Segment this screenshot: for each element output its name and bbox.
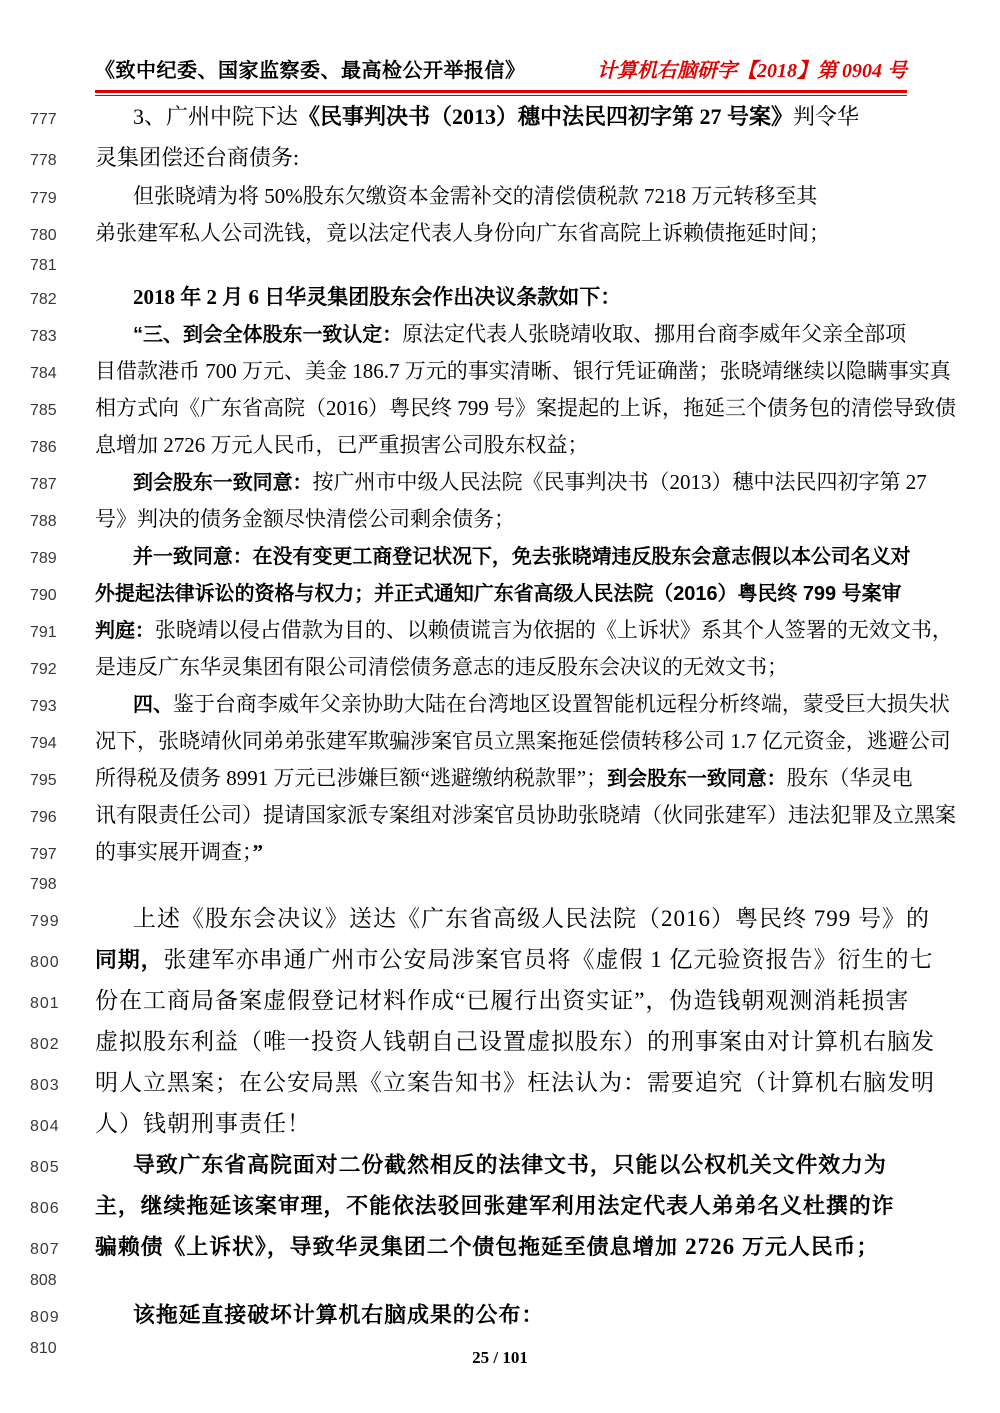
document-line: 778灵集团偿还台商债务:: [0, 137, 1000, 178]
text-run: 骗赖债《上诉状》，导致华灵集团二个债包拖延至债息增加: [95, 1234, 685, 1259]
line-number: 787: [0, 466, 95, 503]
line-number: 783: [0, 318, 95, 355]
document-body: 7773、广州中院下达《民事判决书（2013）穗中法民四初字第 27 号案》判令…: [0, 96, 1000, 1362]
text-run: 《民事判决书（2013）穗中法民四初字第 27 号案》: [298, 104, 793, 129]
line-number: 785: [0, 392, 95, 429]
document-line: 781: [0, 252, 1000, 279]
text-run: 并一致同意：在没有变更工商登记状况下，免去张晓靖违反股东会意志假以本公司名义对: [133, 546, 911, 568]
line-number: 793: [0, 688, 95, 725]
text-run: 明人立黑案；在公安局黑《立案告知书》枉法认为：需要追究（计算机右脑发明: [95, 1070, 935, 1095]
line-text: 并一致同意：在没有变更工商登记状况下，免去张晓靖违反股东会意志假以本公司名义对: [95, 538, 1000, 576]
text-run: “三、到会全体股东一致认定：: [133, 324, 402, 346]
line-text: 但张晓靖为将 50%股东欠缴资本金需补交的清偿债税款 7218 万元转移至其: [95, 178, 1000, 215]
document-line: 779但张晓靖为将 50%股东欠缴资本金需补交的清偿债税款 7218 万元转移至…: [0, 178, 1000, 215]
document-line: 784目借款港币 700 万元、美金 186.7 万元的事实清晰、银行凭证确凿；…: [0, 353, 1000, 390]
document-line: 787到会股东一致同意：按广州市中级人民法院《民事判决书（2013）穗中法民四初…: [0, 464, 1000, 501]
line-text: 况下，张晓靖伙同弟弟张建军欺骗涉案官员立黑案拖延偿债转移公司 1.7 亿元资金，…: [95, 723, 1000, 760]
document-line: 798: [0, 871, 1000, 898]
line-number: 794: [0, 725, 95, 762]
text-run: 人）钱朝刑事责任！: [95, 1111, 311, 1136]
document-line: 803明人立黑案；在公安局黑《立案告知书》枉法认为：需要追究（计算机右脑发明: [0, 1062, 1000, 1103]
line-number: 784: [0, 355, 95, 392]
text-run: 主，继续拖延该案审理，不能依法驳回张建军利用法定代表人弟弟名义杜撰的诈: [95, 1193, 895, 1218]
text-run: 灵集团偿还台商债务:: [95, 145, 299, 170]
line-text: 相方式向《广东省高院（2016）粤民终 799 号》案提起的上诉，拖延三个债务包…: [95, 390, 1000, 427]
line-text: 同期，张建军亦串通广州市公安局涉案官员将《虚假 1 亿元验资报告》衍生的七: [95, 939, 1000, 980]
text-run: 四、: [133, 694, 173, 716]
text-run: 讯有限责任公司）提请国家派专案组对涉案官员协助张晓靖（伙同张建军）违法犯罪及立黑…: [95, 803, 956, 827]
page-header: 《致中纪委、国家监察委、最高检公开举报信》 计算机右脑研字【2018】第 090…: [95, 54, 907, 93]
document-line: 800同期，张建军亦串通广州市公安局涉案官员将《虚假 1 亿元验资报告》衍生的七: [0, 939, 1000, 980]
line-number: 788: [0, 503, 95, 540]
line-text: 是违反广东华灵集团有限公司清偿债务意志的违反股东会决议的无效文书；: [95, 649, 1000, 686]
document-line: 790外提起法律诉讼的资格与权力；并正式通知广东省高级人民法院（2016）粤民终…: [0, 575, 1000, 612]
line-text: 到会股东一致同意：按广州市中级人民法院《民事判决书（2013）穗中法民四初字第 …: [95, 464, 1000, 502]
line-number: 800: [0, 942, 95, 983]
document-line: 791判庭：张晓靖以侵占借款为目的、以赖债谎言为依据的《上诉状》系其个人签署的无…: [0, 612, 1000, 649]
line-number: 782: [0, 281, 95, 318]
document-line: 792是违反广东华灵集团有限公司清偿债务意志的违反股东会决议的无效文书；: [0, 649, 1000, 686]
document-line: 809该拖延直接破坏计算机右脑成果的公布：: [0, 1294, 1000, 1335]
line-text: 虚拟股东利益（唯一投资人钱朝自己设置虚拟股东）的刑事案由对计算机右脑发: [95, 1021, 1000, 1062]
document-line: 804人）钱朝刑事责任！: [0, 1103, 1000, 1144]
line-number: 790: [0, 577, 95, 614]
line-number: 803: [0, 1065, 95, 1106]
line-number: 777: [0, 99, 95, 140]
document-line: 806主，继续拖延该案审理，不能依法驳回张建军利用法定代表人弟弟名义杜撰的诈: [0, 1185, 1000, 1226]
document-line: 799上述《股东会决议》送达《广东省高级人民法院（2016）粤民终 799 号》…: [0, 898, 1000, 939]
text-run: 弟张建军私人公司洗钱，竟以法定代表人身份向广东省高院上诉赖债拖延时间；: [95, 221, 830, 245]
line-text: 2018 年 2 月 6 日华灵集团股东会作出决议条款如下：: [95, 279, 1000, 316]
text-run: 导致广东省高院面对二份截然相反的法律文书，只能以公权机关文件效力为: [133, 1152, 887, 1177]
line-number: 781: [0, 252, 95, 279]
line-number: 804: [0, 1106, 95, 1147]
line-text: 外提起法律诉讼的资格与权力；并正式通知广东省高级人民法院（2016）粤民终 79…: [95, 575, 1000, 613]
line-text: 弟张建军私人公司洗钱，竟以法定代表人身份向广东省高院上诉赖债拖延时间；: [95, 215, 1000, 252]
line-text: 判庭：张晓靖以侵占借款为目的、以赖债谎言为依据的《上诉状》系其个人签署的无效文书…: [95, 612, 1000, 650]
line-number: 795: [0, 762, 95, 799]
text-run: 息增加 2726 万元人民币，已严重损害公司股东权益；: [95, 433, 589, 457]
text-run: 按广州市中级人民法院《民事判决书（2013）穗中法民四初字第 27: [312, 470, 926, 494]
document-line: 7822018 年 2 月 6 日华灵集团股东会作出决议条款如下：: [0, 279, 1000, 316]
page-footer-indicator: 25 / 101: [0, 1348, 1000, 1368]
line-number: 809: [0, 1297, 95, 1338]
text-run: 鉴于台商李威年父亲协助大陆在台湾地区设置智能机远程分析终端，蒙受巨大损失状: [173, 692, 950, 716]
line-number: 807: [0, 1229, 95, 1270]
header-doc-number: 计算机右脑研字【2018】第 0904 号: [597, 54, 907, 83]
line-number: 798: [0, 871, 95, 898]
text-run: 2726: [685, 1234, 735, 1259]
line-number: 802: [0, 1024, 95, 1065]
document-line: 7773、广州中院下达《民事判决书（2013）穗中法民四初字第 27 号案》判令…: [0, 96, 1000, 137]
text-run: 是违反广东华灵集团有限公司清偿债务意志的违反股东会决议的无效文书；: [95, 655, 788, 679]
line-text: 的事实展开调查；”: [95, 834, 1000, 871]
text-run: 张晓靖以侵占借款为目的、以赖债谎言为依据的《上诉状》系其个人签署的无效文书，: [155, 618, 953, 642]
line-text: 号》判决的债务金额尽快清偿公司剩余债务；: [95, 501, 1000, 538]
line-number: 789: [0, 540, 95, 577]
line-text: “三、到会全体股东一致认定：原法定代表人张晓靖收取、挪用台商李威年父亲全部项: [95, 316, 1000, 354]
document-line: 802虚拟股东利益（唯一投资人钱朝自己设置虚拟股东）的刑事案由对计算机右脑发: [0, 1021, 1000, 1062]
line-text: 人）钱朝刑事责任！: [95, 1103, 1000, 1144]
line-text: 灵集团偿还台商债务:: [95, 137, 1000, 178]
line-text: 四、鉴于台商李威年父亲协助大陆在台湾地区设置智能机远程分析终端，蒙受巨大损失状: [95, 686, 1000, 724]
header-title: 《致中纪委、国家监察委、最高检公开举报信》: [95, 54, 526, 83]
document-line: 808: [0, 1267, 1000, 1294]
document-line: 805导致广东省高院面对二份截然相反的法律文书，只能以公权机关文件效力为: [0, 1144, 1000, 1185]
line-text: 导致广东省高院面对二份截然相反的法律文书，只能以公权机关文件效力为: [95, 1144, 1000, 1185]
document-line: 796讯有限责任公司）提请国家派专案组对涉案官员协助张晓靖（伙同张建军）违法犯罪…: [0, 797, 1000, 834]
line-text: 主，继续拖延该案审理，不能依法驳回张建军利用法定代表人弟弟名义杜撰的诈: [95, 1185, 1000, 1226]
document-line: 783“三、到会全体股东一致认定：原法定代表人张晓靖收取、挪用台商李威年父亲全部…: [0, 316, 1000, 353]
document-line: 786息增加 2726 万元人民币，已严重损害公司股东权益；: [0, 427, 1000, 464]
line-number: 780: [0, 217, 95, 254]
line-number: 799: [0, 901, 95, 942]
document-line: 797的事实展开调查；”: [0, 834, 1000, 871]
line-text: 骗赖债《上诉状》，导致华灵集团二个债包拖延至债息增加 2726 万元人民币；: [95, 1226, 1000, 1267]
document-line: 794况下，张晓靖伙同弟弟张建军欺骗涉案官员立黑案拖延偿债转移公司 1.7 亿元…: [0, 723, 1000, 760]
line-text: 上述《股东会决议》送达《广东省高级人民法院（2016）粤民终 799 号》的: [95, 898, 1000, 939]
document-line: 793四、鉴于台商李威年父亲协助大陆在台湾地区设置智能机远程分析终端，蒙受巨大损…: [0, 686, 1000, 723]
text-run: 张建军亦串通广州市公安局涉案官员将《虚假 1 亿元验资报告》衍生的七: [164, 947, 934, 972]
line-number: 779: [0, 180, 95, 217]
document-line: 801份在工商局备案虚假登记材料作成“已履行出资实证”，伪造钱朝观测消耗损害: [0, 980, 1000, 1021]
document-line: 789并一致同意：在没有变更工商登记状况下，免去张晓靖违反股东会意志假以本公司名…: [0, 538, 1000, 575]
line-number: 786: [0, 429, 95, 466]
line-number: 796: [0, 799, 95, 836]
text-run: 同期，: [95, 947, 164, 972]
line-number: 792: [0, 651, 95, 688]
text-run: 2018 年 2 月 6 日华灵集团股东会作出决议条款如下：: [133, 285, 621, 309]
text-run: 但张晓靖为将 50%股东欠缴资本金需补交的清偿债税款 7218 万元转移至其: [133, 184, 817, 208]
line-number: 801: [0, 983, 95, 1024]
text-run: 份在工商局备案虚假登记材料作成“已履行出资实证”，伪造钱朝观测消耗损害: [95, 988, 909, 1013]
line-number: 778: [0, 140, 95, 181]
document-page: 《致中纪委、国家监察委、最高检公开举报信》 计算机右脑研字【2018】第 090…: [0, 0, 1000, 1413]
line-text: 3、广州中院下达《民事判决书（2013）穗中法民四初字第 27 号案》判令华: [95, 96, 1000, 137]
text-run: 目借款港币 700 万元、美金 186.7 万元的事实清晰、银行凭证确凿；张晓靖…: [95, 359, 951, 383]
text-run: 该拖延直接破坏计算机右脑成果的公布：: [133, 1302, 544, 1327]
line-text: 目借款港币 700 万元、美金 186.7 万元的事实清晰、银行凭证确凿；张晓靖…: [95, 353, 1000, 390]
document-line: 785相方式向《广东省高院（2016）粤民终 799 号》案提起的上诉，拖延三个…: [0, 390, 1000, 427]
line-text: 份在工商局备案虚假登记材料作成“已履行出资实证”，伪造钱朝观测消耗损害: [95, 980, 1000, 1021]
line-text: 该拖延直接破坏计算机右脑成果的公布：: [95, 1294, 1000, 1335]
text-run: 号》判决的债务金额尽快清偿公司剩余债务；: [95, 507, 515, 531]
line-text: 讯有限责任公司）提请国家派专案组对涉案官员协助张晓靖（伙同张建军）违法犯罪及立黑…: [95, 797, 1000, 834]
line-text: 所得税及债务 8991 万元已涉嫌巨额“逃避缴纳税款罪”；到会股东一致同意：股东…: [95, 760, 1000, 798]
text-run: 所得税及债务 8991 万元已涉嫌巨额“逃避缴纳税款罪”；: [95, 766, 607, 790]
line-number: 808: [0, 1267, 95, 1294]
text-run: 原法定代表人张晓靖收取、挪用台商李威年父亲全部项: [402, 322, 906, 346]
text-run: 外提起法律诉讼的资格与权力；并正式通知广东省高级人民法院（2016）粤民终 79…: [95, 583, 901, 605]
document-line: 780弟张建军私人公司洗钱，竟以法定代表人身份向广东省高院上诉赖债拖延时间；: [0, 215, 1000, 252]
text-run: ”: [253, 840, 264, 864]
document-line: 788号》判决的债务金额尽快清偿公司剩余债务；: [0, 501, 1000, 538]
line-number: 805: [0, 1147, 95, 1188]
line-text: 明人立黑案；在公安局黑《立案告知书》枉法认为：需要追究（计算机右脑发明: [95, 1062, 1000, 1103]
text-run: 股东（华灵电: [787, 766, 913, 790]
text-run: 的事实展开调查；: [95, 840, 253, 864]
line-text: 息增加 2726 万元人民币，已严重损害公司股东权益；: [95, 427, 1000, 464]
document-line: 807骗赖债《上诉状》，导致华灵集团二个债包拖延至债息增加 2726 万元人民币…: [0, 1226, 1000, 1267]
text-run: 虚拟股东利益（唯一投资人钱朝自己设置虚拟股东）的刑事案由对计算机右脑发: [95, 1029, 935, 1054]
line-number: 797: [0, 836, 95, 873]
text-run: 3、广州中院下达: [133, 104, 298, 129]
text-run: 到会股东一致同意：: [133, 472, 312, 494]
document-line: 795所得税及债务 8991 万元已涉嫌巨额“逃避缴纳税款罪”；到会股东一致同意…: [0, 760, 1000, 797]
line-number: 806: [0, 1188, 95, 1229]
text-run: 万元人民币；: [735, 1234, 879, 1259]
text-run: 判庭：: [95, 620, 155, 642]
line-number: 791: [0, 614, 95, 651]
text-run: 况下，张晓靖伙同弟弟张建军欺骗涉案官员立黑案拖延偿债转移公司 1.7 亿元资金，…: [95, 729, 951, 753]
text-run: 上述《股东会决议》送达《广东省高级人民法院（2016）粤民终 799 号》的: [133, 906, 930, 931]
text-run: 相方式向《广东省高院（2016）粤民终 799 号》案提起的上诉，拖延三个债务包…: [95, 396, 956, 420]
text-run: 判令华: [793, 104, 859, 129]
text-run: 到会股东一致同意：: [607, 768, 786, 790]
